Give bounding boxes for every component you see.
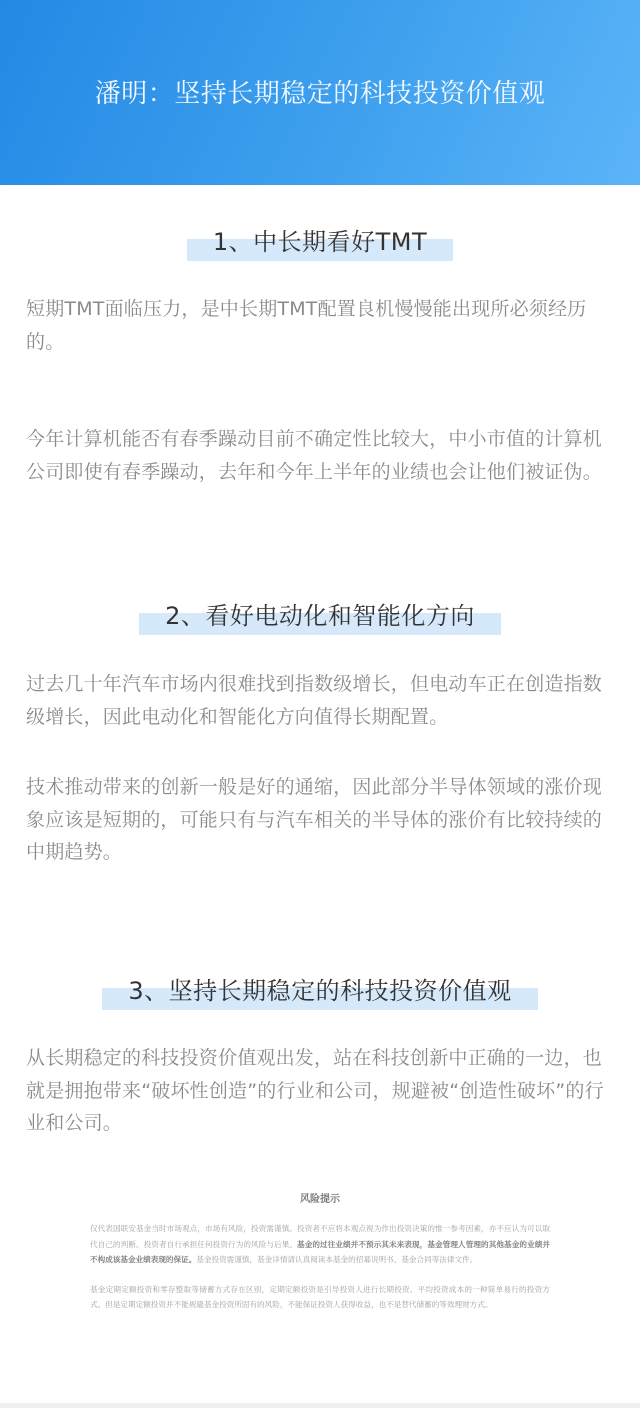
risk-text-b: 基金投资需谨慎，基金详情请认真阅读本基金的招募说明书、基金合同等法律文件。 xyxy=(196,1255,477,1264)
section-3-title: 3、坚持长期稳定的科技投资价值观 xyxy=(128,971,511,1006)
risk-disclaimer-title: 风险提示 xyxy=(90,1190,550,1205)
section-2-title: 2、看好电动化和智能化方向 xyxy=(165,596,475,631)
section-2-paragraph-2: 技术推动带来的创新一般是好的通缩，因此部分半导体领域的涨价现象应该是短期的，可能… xyxy=(26,771,616,869)
article-header-banner: 潘明：坚持长期稳定的科技投资价值观 xyxy=(0,0,640,185)
section-1-paragraph-1: 短期TMT面临压力，是中长期TMT配置良机慢慢能出现所必须经历的。 xyxy=(26,293,616,358)
section-1-paragraph-2: 今年计算机能否有春季躁动目前不确定性比较大，中小市值的计算机公司即使有春季躁动，… xyxy=(26,423,616,488)
section-1-heading: 1、中长期看好TMT xyxy=(0,222,640,257)
risk-disclaimer: 风险提示 仅代表国联安基金当时市场观点，市场有风险，投资需谨慎。投资者不应将本观… xyxy=(90,1190,550,1327)
risk-disclaimer-paragraph-2: 基金定期定额投资和零存整取等储蓄方式存在区别，定期定额投资是引导投资人进行长期投… xyxy=(90,1282,550,1313)
article-title: 潘明：坚持长期稳定的科技投资价值观 xyxy=(95,73,546,110)
section-2-heading: 2、看好电动化和智能化方向 xyxy=(0,596,640,631)
section-3-heading: 3、坚持长期稳定的科技投资价值观 xyxy=(0,971,640,1006)
risk-disclaimer-paragraph-1: 仅代表国联安基金当时市场观点，市场有风险，投资需谨慎。投资者不应将本观点视为作出… xyxy=(90,1221,550,1268)
section-1-title: 1、中长期看好TMT xyxy=(213,222,427,257)
bottom-divider xyxy=(0,1403,640,1408)
section-3-paragraph-1: 从长期稳定的科技投资价值观出发，站在科技创新中正确的一边，也就是拥抱带来“破坏性… xyxy=(26,1042,616,1140)
section-2-paragraph-1: 过去几十年汽车市场内很难找到指数级增长，但电动车正在创造指数级增长，因此电动化和… xyxy=(26,668,616,733)
